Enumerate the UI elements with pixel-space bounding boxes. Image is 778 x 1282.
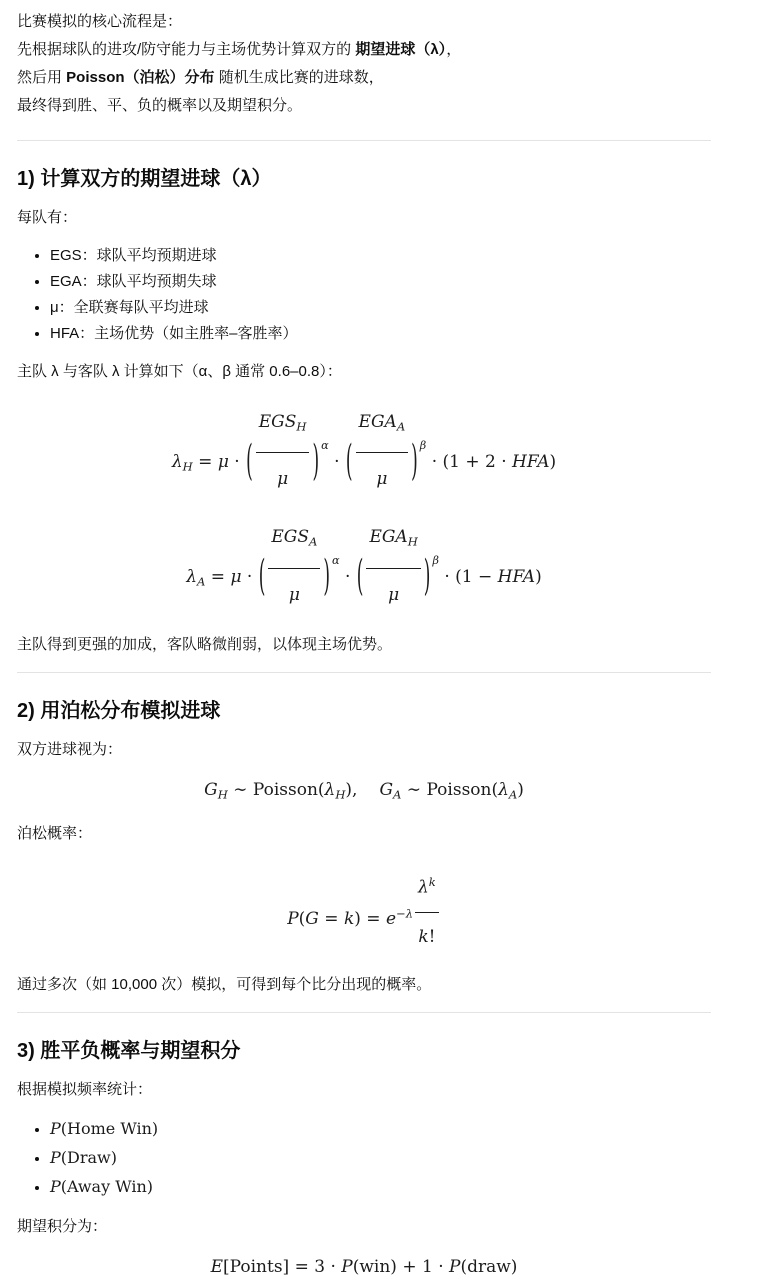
math-op: ) = [354, 909, 386, 929]
math-op: (Draw) [61, 1148, 117, 1167]
math-exponent: α [332, 554, 340, 567]
math-op: [Points] = 3 · [223, 1257, 341, 1277]
fraction-denominator: μ [256, 452, 310, 504]
document-body: 比赛模拟的核心流程是： 先根据球队的进攻/防守能力与主场优势计算双方的 期望进球… [17, 0, 711, 1282]
math-var: k [344, 909, 354, 929]
math-op: = [205, 567, 230, 587]
right-paren: ) [411, 399, 418, 524]
list-item: HFA：主场优势（如主胜率–客胜率） [50, 321, 711, 347]
math-op: ∼ [228, 780, 253, 800]
math-var: EGA [359, 412, 397, 432]
math-func: Poisson( [253, 780, 325, 800]
math-subscript: H [296, 419, 306, 433]
math-subscript: H [218, 787, 228, 801]
math-var: G [305, 909, 319, 929]
math-subscript: A [397, 419, 405, 433]
math-op: (Away Win) [61, 1177, 153, 1196]
math-tail: ) [535, 567, 542, 587]
formula-lambda-away: λA = μ · (EGSAμ)α · (EGAHμ)β · (1 − HFA) [17, 512, 711, 619]
math-expression: P(Away Win) [50, 1177, 153, 1196]
math-var: EGS [271, 527, 309, 547]
math-var: k [418, 927, 428, 947]
math-op: ), [345, 780, 357, 800]
intro-line3-post: 随机生成比赛的进球数， [215, 69, 384, 86]
list-item: μ：全联赛每队平均进球 [50, 295, 711, 321]
fraction-numerator: EGSH [256, 397, 310, 452]
section2-note: 通过多次（如 10,000 次）模拟，可得到每个比分出现的概率。 [17, 972, 711, 998]
formula-poisson-pmf: P(G = k) = e−λλkk! [17, 859, 711, 959]
math-op: · [229, 452, 245, 472]
math-tail: · (1 − [439, 567, 498, 587]
math-expression: P(Draw) [50, 1148, 117, 1167]
left-paren: ( [346, 399, 353, 524]
math-op: = [319, 909, 344, 929]
math-expression: P(Home Win) [50, 1119, 158, 1138]
list-item: P(Home Win) [50, 1115, 711, 1144]
lambda-formulas: λH = μ · (EGSHμ)α · (EGAAμ)β · (1 + 2 · … [17, 397, 711, 620]
math-op: (draw) [460, 1257, 517, 1277]
right-paren: ) [424, 515, 431, 640]
section3-points-label: 期望积分为： [17, 1214, 711, 1240]
math-var: P [341, 1257, 352, 1277]
math-expression: GH ∼ Poisson(λH),GA ∼ Poisson(λA) [204, 780, 524, 800]
math-op: ) [517, 780, 524, 800]
fraction: λkk! [415, 859, 439, 959]
fraction-numerator: EGAA [356, 397, 409, 452]
fraction: EGSAμ [268, 512, 320, 619]
section1-bullet-list: EGS：球队平均预期进球 EGA：球队平均预期失球 μ：全联赛每队平均进球 HF… [17, 243, 711, 347]
formula-lambda-home: λH = μ · (EGSHμ)α · (EGAAμ)β · (1 + 2 · … [17, 397, 711, 504]
math-op: (win) + 1 · [353, 1257, 449, 1277]
list-item: EGA：球队平均预期失球 [50, 269, 711, 295]
math-expression: E[Points] = 3 · P(win) + 1 · P(draw) [211, 1257, 518, 1277]
intro-line4: 最终得到胜、平、负的概率以及期望积分。 [17, 97, 302, 114]
left-paren: ( [259, 515, 266, 640]
math-var: e [386, 909, 396, 929]
math-var: P [50, 1177, 61, 1196]
fraction: EGAHμ [366, 512, 420, 619]
math-var: μ [230, 567, 241, 587]
math-var: λ [418, 878, 429, 898]
fraction-denominator: μ [356, 452, 409, 504]
intro-line3-bold: Poisson（泊松）分布 [66, 69, 214, 86]
right-paren: ) [323, 515, 330, 640]
math-op: · [340, 567, 356, 587]
section1-note: 主队得到更强的加成，客队略微削弱，以体现主场优势。 [17, 632, 711, 658]
math-subscript: A [309, 535, 317, 549]
math-var: HFA [498, 567, 535, 587]
section2-heading: 2) 用泊松分布模拟进球 [17, 697, 711, 725]
math-tail: ) [549, 452, 556, 472]
section-divider [17, 1012, 711, 1013]
intro-paragraph: 比赛模拟的核心流程是： 先根据球队的进攻/防守能力与主场优势计算双方的 期望进球… [17, 8, 711, 120]
section3-lead: 根据模拟频率统计： [17, 1077, 711, 1103]
math-exponent: β [432, 554, 439, 567]
formula-expected-points: E[Points] = 3 · P(win) + 1 · P(draw) [17, 1252, 711, 1282]
math-op: · [329, 452, 345, 472]
intro-line1: 比赛模拟的核心流程是： [17, 13, 182, 30]
fraction-denominator: μ [366, 568, 420, 620]
math-expression: P(G = k) = e−λλkk! [287, 909, 441, 929]
math-op: ∼ [401, 780, 426, 800]
section1-formula-intro: 主队 λ 与客队 λ 计算如下（α、β 通常 0.6–0.8）： [17, 359, 711, 385]
math-var: EGS [259, 412, 297, 432]
math-subscript: H [408, 535, 418, 549]
intro-line2-bold: 期望进球（λ） [355, 41, 446, 58]
section3-bullet-list: P(Home Win) P(Draw) P(Away Win) [17, 1115, 711, 1202]
math-var: P [50, 1119, 61, 1138]
intro-line2-pre: 先根据球队的进攻/防守能力与主场优势计算双方的 [17, 41, 355, 58]
left-paren: ( [357, 515, 364, 640]
section2-lead: 双方进球视为： [17, 737, 711, 763]
math-subscript: A [509, 787, 517, 801]
section1-lead: 每队有： [17, 205, 711, 231]
math-subscript: H [335, 787, 345, 801]
fraction-numerator: λk [415, 859, 439, 911]
math-var: HFA [512, 452, 549, 472]
section1-heading: 1) 计算双方的期望进球（λ） [17, 165, 711, 193]
math-var: P [50, 1148, 61, 1167]
section2-poisson-label: 泊松概率： [17, 821, 711, 847]
fraction-denominator: k! [415, 912, 439, 960]
section-divider [17, 140, 711, 141]
math-var: P [287, 909, 298, 929]
intro-line2-post: ， [446, 41, 461, 58]
math-op: (Home Win) [61, 1119, 158, 1138]
math-var: G [204, 780, 218, 800]
math-subscript: H [183, 459, 193, 473]
fraction: EGAAμ [356, 397, 409, 504]
math-var: μ [218, 452, 229, 472]
list-item: EGS：球队平均预期进球 [50, 243, 711, 269]
math-expression: λH = μ · (EGSHμ)α · (EGAAμ)β · (1 + 2 · … [172, 452, 556, 472]
math-func: Poisson( [426, 780, 498, 800]
math-var: E [211, 1257, 223, 1277]
math-var: G [379, 780, 393, 800]
math-exponent: −λ [396, 907, 413, 921]
math-expression: λA = μ · (EGSAμ)α · (EGAHμ)β · (1 − HFA) [186, 567, 541, 587]
math-var: EGA [369, 527, 407, 547]
section3-heading: 3) 胜平负概率与期望积分 [17, 1037, 711, 1065]
math-exponent: α [321, 439, 329, 452]
formula-poisson-goals: GH ∼ Poisson(λH),GA ∼ Poisson(λA) [17, 775, 711, 809]
section-divider [17, 672, 711, 673]
math-var: P [449, 1257, 460, 1277]
math-op: = [193, 452, 218, 472]
right-paren: ) [312, 399, 319, 524]
left-paren: ( [246, 399, 253, 524]
math-var: λ [498, 780, 509, 800]
list-item: P(Draw) [50, 1144, 711, 1173]
math-var: λ [172, 452, 183, 472]
math-tail: · (1 + 2 · [426, 452, 512, 472]
fraction: EGSHμ [256, 397, 310, 504]
math-var: λ [186, 567, 197, 587]
math-op: · [242, 567, 258, 587]
math-exponent: β [420, 439, 427, 452]
list-item: P(Away Win) [50, 1173, 711, 1202]
fraction-denominator: μ [268, 568, 320, 620]
math-var: λ [325, 780, 336, 800]
math-op: ! [429, 927, 436, 947]
math-exponent: k [429, 875, 436, 889]
intro-line3-pre: 然后用 [17, 69, 66, 86]
